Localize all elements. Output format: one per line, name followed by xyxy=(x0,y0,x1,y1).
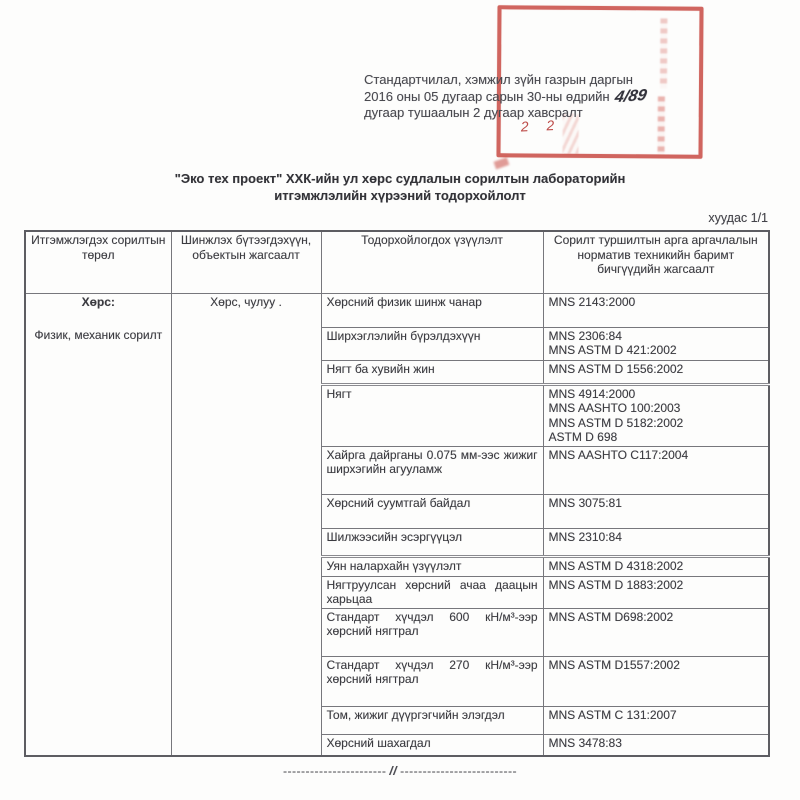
table-header-row: Итгэмжлэгдэх сорилтын төрөл Шинжлэх бүтэ… xyxy=(25,231,769,293)
page-number-label: хуудас 1/1 xyxy=(22,211,768,225)
cell-indicator: Хөрсний физик шинж чанар xyxy=(321,293,543,327)
cell-standards: MNS 2143:2000 xyxy=(543,293,769,327)
approval-note-line1: Стандартчилал, хэмжил зүйн газрын даргын xyxy=(364,72,756,89)
cell-standards: MNS 2310:84 xyxy=(543,528,769,556)
cell-indicator: Уян налархайн үзүүлэлт xyxy=(321,556,543,576)
cell-indicator: Шилжээсийн эсэргүүцэл xyxy=(321,528,543,556)
cell-indicator: Хөрсний шахагдал xyxy=(321,734,543,756)
document-title-line1: "Эко тех проект" ХХК-ийн ул хөрс судлалы… xyxy=(0,170,800,187)
cell-standards: MNS 4914:2000 MNS AASHTO 100:2003 MNS AS… xyxy=(543,384,769,446)
cell-indicator: Стандарт хүчдэл 270 кН/м³-ээр хөрсний ня… xyxy=(321,656,543,706)
cell-standards: MNS 3075:81 xyxy=(543,494,769,528)
cell-standards: MNS 2306:84 MNS ASTM D 421:2002 xyxy=(543,327,769,360)
accreditation-scope-table: Итгэмжлэгдэх сорилтын төрөл Шинжлэх бүтэ… xyxy=(24,230,770,757)
header-standards: Сорилт туршилтын арга аргачлалын нормати… xyxy=(543,231,769,293)
cell-indicator: Нягт ба хувийн жин xyxy=(321,360,543,384)
cell-indicator: Нягтруулсан хөрсний ачаа даацын харьцаа xyxy=(321,576,543,608)
cell-standards: MNS ASTM D 4318:2002 xyxy=(543,556,769,576)
stamp-ink-smudge xyxy=(493,157,509,169)
cell-indicator: Хайрга дайрганы 0.075 мм-ээс жижиг ширхэ… xyxy=(321,446,543,494)
cell-standards: MNS 3478:83 xyxy=(543,734,769,756)
table-header: Итгэмжлэгдэх сорилтын төрөл Шинжлэх бүтэ… xyxy=(25,231,769,293)
footer-separator: -----------------------//---------------… xyxy=(0,764,800,778)
test-type-subtitle: Физик, механик сорилт xyxy=(31,328,166,343)
cell-standards: MNS ASTM D698:2002 xyxy=(543,608,769,656)
document-title: "Эко тех проект" ХХК-ийн ул хөрс судлалы… xyxy=(0,170,800,204)
cell-indicator: Стандарт хүчдэл 600 кН/м³-ээр хөрсний ня… xyxy=(321,608,543,656)
cell-standards: MNS ASTM D 1883:2002 xyxy=(543,576,769,608)
table-row: Хөрс: Физик, механик сорилт Хөрс, чулуу … xyxy=(25,293,769,327)
table-body: Хөрс: Физик, механик сорилт Хөрс, чулуу … xyxy=(25,293,769,756)
cell-indicator: Том, жижиг дүүргэгчийн элэгдэл xyxy=(321,706,543,734)
footer-dashes-left: ----------------------- xyxy=(283,764,386,778)
cell-indicator: Хөрсний суумтгай байдал xyxy=(321,494,543,528)
cell-standards: MNS AASHTO C117:2004 xyxy=(543,446,769,494)
footer-slashes: // xyxy=(386,764,400,778)
header-object-list: Шинжлэх бүтээгдэхүүн, объектын жагсаалт xyxy=(171,231,321,293)
cell-standards: MNS ASTM C 131:2007 xyxy=(543,706,769,734)
approval-note-line3: дугаар тушаалын 2 дугаар хавсралт xyxy=(364,105,756,122)
header-test-type: Итгэмжлэгдэх сорилтын төрөл xyxy=(25,231,171,293)
cell-indicator: Ширхэглэлийн бүрэлдэхүүн xyxy=(321,327,543,360)
cell-standards: MNS ASTM D 1556:2002 xyxy=(543,360,769,384)
scanned-document-page: 2 2 Стандартчилал, хэмжил зүйн газрын да… xyxy=(0,0,800,800)
approval-note-line2: 2016 оны 05 дугаар сарын 30-ны өдрийн 4/… xyxy=(364,89,756,106)
approval-note-line2-text: 2016 оны 05 дугаар сарын 30-ны өдрийн xyxy=(364,89,610,104)
cell-object-list: Хөрс, чулуу . xyxy=(171,293,321,756)
test-type-title: Хөрс: xyxy=(31,295,166,310)
header-indicator: Тодорхойлогдох үзүүлэлт xyxy=(321,231,543,293)
approval-note: Стандартчилал, хэмжил зүйн газрын даргын… xyxy=(364,72,756,122)
handwritten-order-number: 4/89 xyxy=(613,87,648,106)
footer-dashes-right: -------------------------- xyxy=(400,764,517,778)
cell-standards: MNS ASTM D1557:2002 xyxy=(543,656,769,706)
document-title-line2: итгэмжлэлийн хүрээний тодорхойлолт xyxy=(0,187,800,204)
cell-indicator: Нягт xyxy=(321,384,543,446)
cell-test-type: Хөрс: Физик, механик сорилт xyxy=(25,293,171,756)
